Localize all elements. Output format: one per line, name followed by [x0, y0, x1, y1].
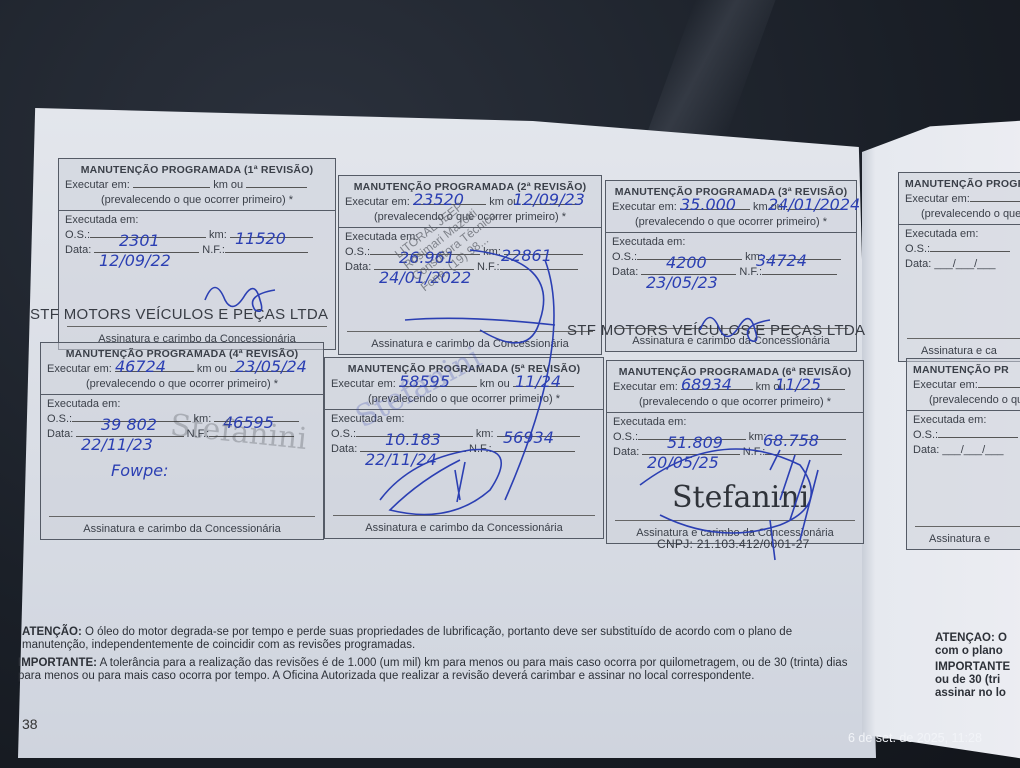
- important-label: IMPORTANTE:: [18, 657, 97, 669]
- attention-text: O óleo do motor degrada-se por tempo e p…: [22, 626, 792, 651]
- photo-timestamp: 6 de set. de 2025, 11:28: [848, 731, 982, 745]
- page-number: 38: [22, 716, 38, 732]
- next-line5: assinar no lo: [935, 687, 1020, 700]
- signature-scribbles: [0, 0, 1020, 768]
- next-page-footer: ATENÇÃO: O com o plano IMPORTANTE ou de …: [935, 632, 1020, 700]
- next-line2: com o plano: [935, 645, 1020, 658]
- next-line4: ou de 30 (tri: [935, 674, 1020, 687]
- attention-note: ATENÇÃO: O óleo do motor degrada-se por …: [22, 626, 852, 652]
- important-text: A tolerância para a realização das revis…: [18, 657, 847, 682]
- important-note: IMPORTANTE: A tolerância para a realizaç…: [18, 657, 854, 683]
- attention-label: ATENÇÃO:: [22, 626, 82, 638]
- next-attention: ATENÇÃO: O: [935, 632, 1007, 644]
- next-important: IMPORTANTE: [935, 661, 1010, 673]
